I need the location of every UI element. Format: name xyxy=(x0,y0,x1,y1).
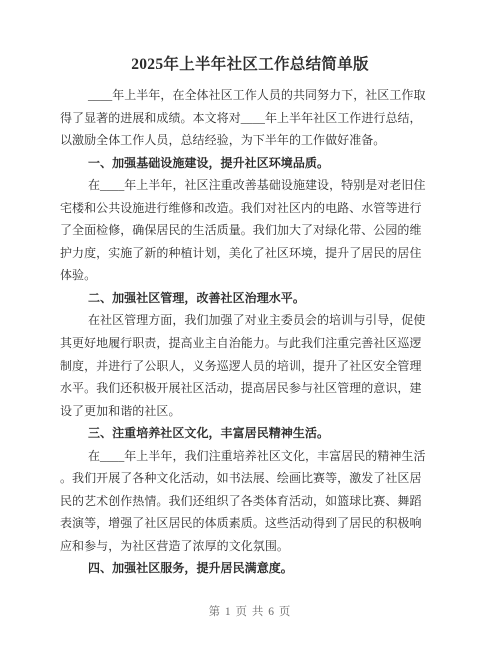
section-heading: 四、加强社区服务，提升居民满意度。 xyxy=(60,557,422,580)
text-line: 民的艺术创作热情。我们还组织了各类体育活动，如篮球比赛、舞蹈 xyxy=(60,490,422,513)
text-line: 在____年上半年，社区注重改善基础设施建设，特别是对老旧住 xyxy=(60,174,422,197)
text-line: 制度，并进行了公职人，义务巡逻人员的培训，提升了社区安全管理 xyxy=(60,355,422,378)
page-footer: 第 1 页 共 6 页 xyxy=(60,605,440,620)
text-line: 应和参与，为社区营造了浓厚的文化氛围。 xyxy=(60,535,422,558)
document-body: ____年上半年，在全体社区工作人员的共同努力下，社区工作取得了显著的进展和成绩… xyxy=(60,84,422,580)
section-heading: 一、加强基础设施建设，提升社区环境品质。 xyxy=(60,152,422,175)
text-line: 在____年上半年，我们注重培养社区文化，丰富居民的精神生活 xyxy=(60,445,422,468)
text-line: 宅楼和公共设施进行维修和改造。我们对社区内的电路、水管等进行 xyxy=(60,197,422,220)
document-title: 2025年上半年社区工作总结简单版 xyxy=(60,52,440,78)
text-line: 水平。我们还积极开展社区活动，提高居民参与社区管理的意识，建 xyxy=(60,377,422,400)
section-heading: 二、加强社区管理，改善社区治理水平。 xyxy=(60,287,422,310)
text-line: 了全面检修，确保居民的生活质量。我们加大了对绿化带、公园的维 xyxy=(60,219,422,242)
text-line: 表演等，增强了社区居民的体质素质。这些活动得到了居民的积极响 xyxy=(60,512,422,535)
text-line: 其更好地履行职责，提高业主自治能力。与此我们注重完善社区巡逻 xyxy=(60,332,422,355)
section-heading: 三、注重培养社区文化，丰富居民精神生活。 xyxy=(60,422,422,445)
text-line: 体验。 xyxy=(60,264,422,287)
page-number-text: 第 1 页 共 6 页 xyxy=(209,606,292,618)
text-line: ____年上半年，在全体社区工作人员的共同努力下，社区工作取 xyxy=(60,84,422,107)
document-page: 2025年上半年社区工作总结简单版 ____年上半年，在全体社区工作人员的共同努… xyxy=(0,0,500,647)
text-line: 设了更加和谐的社区。 xyxy=(60,400,422,423)
text-line: 以激励全体工作人员，总结经验，为下半年的工作做好准备。 xyxy=(60,129,422,152)
text-line: 得了显著的进展和成绩。本文将对____年上半年社区工作进行总结， xyxy=(60,107,422,130)
text-line: 。我们开展了各种文化活动，如书法展、绘画比赛等，激发了社区居 xyxy=(60,467,422,490)
text-line: 在社区管理方面，我们加强了对业主委员会的培训与引导，促使 xyxy=(60,309,422,332)
text-line: 护力度，实施了新的种植计划，美化了社区环境，提升了居民的居住 xyxy=(60,242,422,265)
